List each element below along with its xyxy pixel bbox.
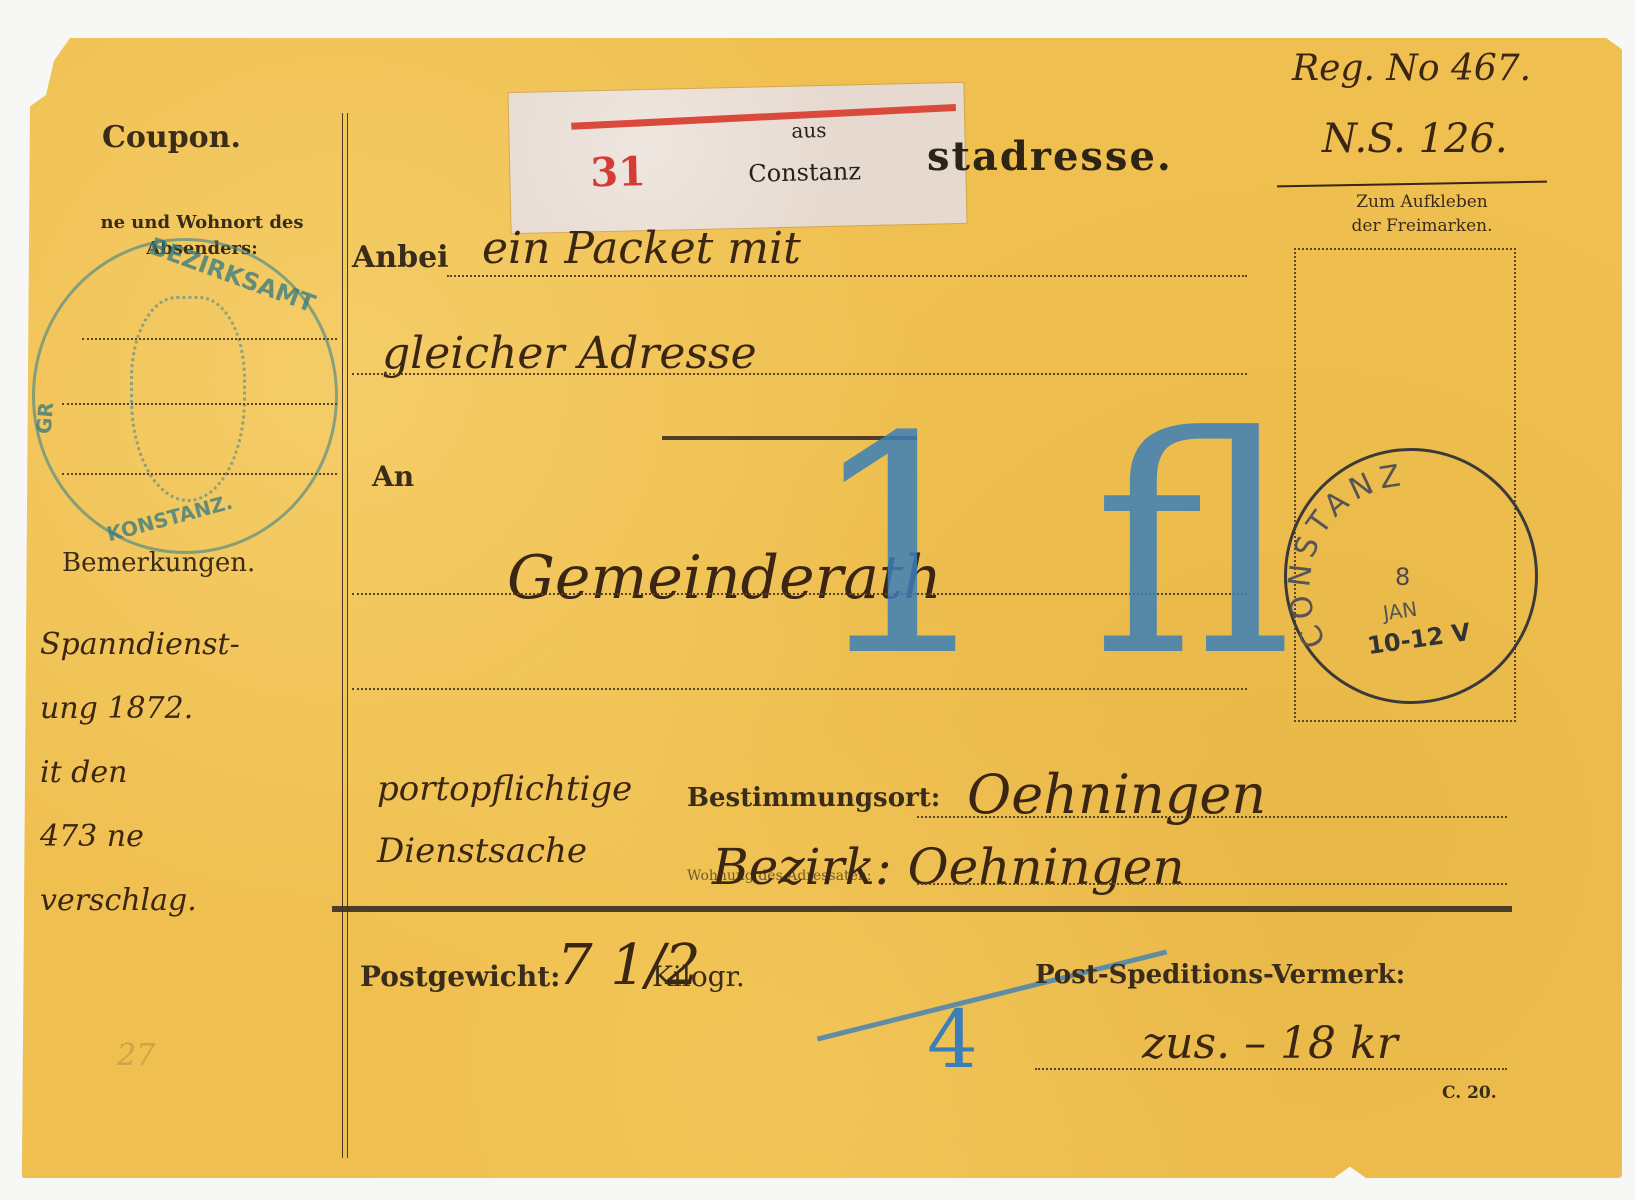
postmark-month: JAN — [1381, 597, 1418, 626]
note-line2: Dienstsache — [377, 820, 632, 882]
handwritten-ns-number: N.S. 126. — [1322, 116, 1508, 162]
remarks-line: 473 ne — [40, 805, 240, 869]
parcel-address-card: Coupon. ne und Wohnort des Absenders: BE… — [22, 38, 1622, 1178]
handwritten-reg-number: Reg. No 467. — [1292, 48, 1531, 89]
sender-line-1 — [82, 338, 337, 340]
label-place: Constanz — [748, 157, 861, 188]
anbei-line2: gleicher Adresse — [382, 328, 757, 379]
faint-pencil-note: 27 — [117, 1038, 155, 1073]
residence-value: Bezirk: Oehningen — [712, 838, 1185, 896]
remarks-handwriting: Spanndienst- ung 1872. it den 473 ne ver… — [40, 613, 240, 933]
seal-text-left: GR — [32, 401, 59, 435]
dispatch-label: Post-Speditions-Vermerk: — [1035, 960, 1405, 990]
postmark-day: 8 — [1395, 563, 1410, 591]
destination-dotline — [917, 816, 1507, 818]
addressee-note: portopflichtige Dienstsache — [377, 758, 632, 882]
anbei-dotline-1 — [447, 275, 1247, 277]
postmark-town-text: CONSTANZ — [1287, 451, 1535, 701]
constanz-postmark: CONSTANZ 8 JAN 10-12 V — [1284, 448, 1538, 704]
residence-dotline — [917, 883, 1507, 885]
remarks-line: ung 1872. — [40, 677, 240, 741]
coupon-title: Coupon. — [102, 120, 241, 155]
stamp-label-line2: der Freimarken. — [1322, 214, 1522, 238]
dispatch-dotline — [1035, 1068, 1507, 1070]
weight-unit: Kilogr. — [652, 960, 745, 993]
note-line1: portopflichtige — [377, 758, 632, 820]
sender-label-line1: ne und Wohnort des — [67, 210, 337, 236]
form-title: stadresse. — [927, 133, 1173, 180]
remarks-line: verschlag. — [40, 869, 240, 933]
label-from: aus — [791, 118, 827, 143]
label-red-bar — [571, 104, 956, 130]
remarks-title: Bemerkungen. — [62, 548, 255, 578]
stamp-label-line1: Zum Aufkleben — [1322, 190, 1522, 214]
anbei-line1: ein Packet mit — [482, 223, 801, 274]
anbei-label: Anbei — [352, 240, 449, 275]
form-code: C. 20. — [1442, 1083, 1497, 1103]
remarks-line: it den — [40, 741, 240, 805]
remarks-line: Spanndienst- — [40, 613, 240, 677]
sender-line-2 — [62, 403, 337, 405]
stamp-area-label: Zum Aufkleben der Freimarken. — [1322, 190, 1522, 238]
sender-line-3 — [62, 473, 337, 475]
registration-label: 31 aus Constanz — [508, 83, 966, 233]
weight-label: Postgewicht: — [360, 960, 560, 993]
footer-divider — [332, 906, 1512, 912]
district-office-seal: BEZIRKSAMT KONSTANZ. GR — [32, 238, 338, 554]
an-label: An — [372, 460, 414, 493]
destination-label: Bestimmungsort: — [687, 783, 940, 813]
registration-number: 31 — [590, 148, 647, 196]
seal-text-bottom: KONSTANZ. — [104, 490, 235, 547]
dispatch-value: zus. – 18 kr — [1142, 1018, 1398, 1069]
handwritten-underline — [1277, 181, 1547, 188]
coupon-divider — [342, 113, 348, 1158]
blue-pencil-mark: 1 fl — [807, 398, 1293, 698]
crown-crest-icon — [130, 296, 246, 502]
